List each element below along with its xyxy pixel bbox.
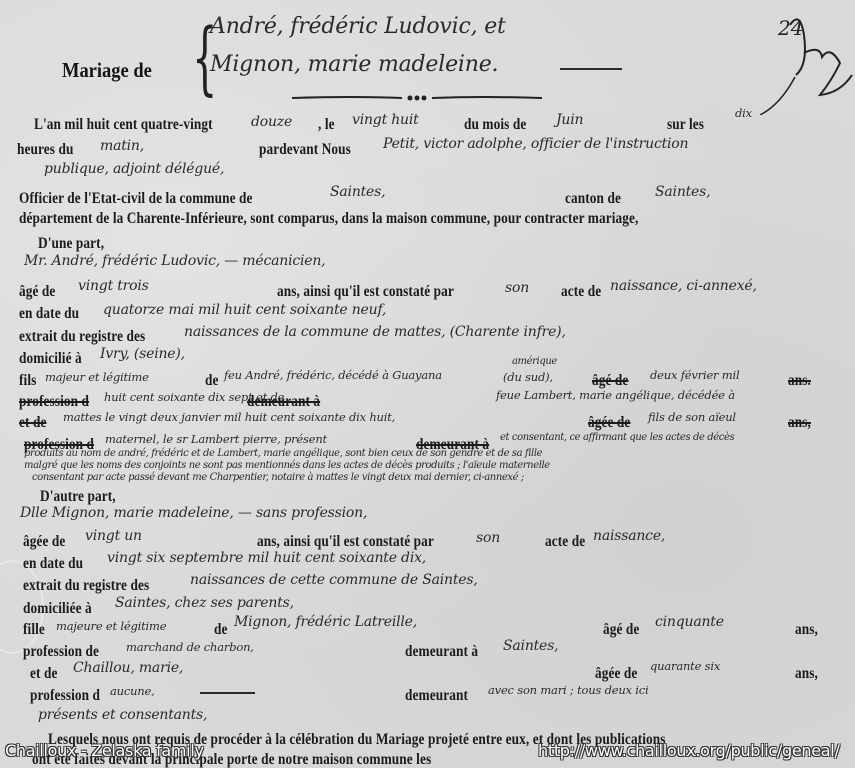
- preamble-hour-value: dix: [735, 106, 752, 120]
- preamble-year-value: douze: [251, 114, 292, 130]
- bride-mother-label: et de: [30, 665, 57, 683]
- bride-register-value: naissances de cette commune de Saintes,: [190, 572, 478, 588]
- preamble-officer-value: Petit, victor adolphe, officier de l'ins…: [383, 136, 688, 152]
- groom-mother-label: et de: [19, 414, 46, 432]
- groom-age-label: âgé de: [19, 283, 55, 301]
- groom-section-label: D'une part,: [38, 235, 104, 253]
- groom-father-value: feu André, frédéric, décédé à Guayana: [224, 368, 442, 382]
- groom-register-value: naissances de la commune de mattes, (Cha…: [184, 324, 566, 340]
- bride-domicile-label: domiciliée à: [23, 600, 92, 618]
- groom-domicile-label: domicilié à: [19, 350, 82, 368]
- bride-date-value: vingt six septembre mil huit cent soixan…: [107, 550, 426, 566]
- bride-mother-ans: ans,: [795, 665, 818, 683]
- bride-father-label: de: [214, 621, 228, 639]
- preamble-day-label: , le: [318, 116, 335, 134]
- groom-register-label: extrait du registre des: [19, 328, 145, 346]
- bride-daughter-label: fille: [23, 621, 45, 639]
- groom-mother-age-label: âgée de: [588, 414, 630, 432]
- groom-date-value: quatorze mai mil huit cent soixante neuf…: [103, 302, 386, 318]
- bride-mother-residence-value: avec son mari ; tous deux ici: [488, 683, 648, 697]
- groom-name: Mr. André, frédéric Ludovic, — mécanicie…: [24, 253, 325, 269]
- bride-act-type-value: naissance,: [593, 528, 665, 544]
- groom-age-value: vingt trois: [78, 278, 149, 294]
- bride-father-residence-value: Saintes,: [503, 638, 558, 654]
- bride-mother-age-value: quarante six: [650, 659, 720, 673]
- bride-mother-age-label: âgée de: [595, 665, 637, 683]
- bride-father-residence-label: demeurant à: [405, 643, 478, 661]
- groom-act-label: ans, ainsi qu'il est constaté par: [277, 283, 454, 301]
- bride-age-label: âgée de: [23, 533, 65, 551]
- ornament-rule: [292, 95, 542, 101]
- groom-marginal-note-1: produits au nom de andré, frédéric et de…: [24, 448, 542, 459]
- preamble-hour-label: sur les: [667, 116, 704, 134]
- groom-act-type-label: acte de: [561, 283, 601, 301]
- groom-act-possessive: son: [505, 280, 529, 296]
- groom-father-label: de: [205, 372, 219, 390]
- groom-mother-ans: ans,: [788, 414, 811, 432]
- record-title: Mariage de: [62, 58, 152, 83]
- groom-father-place: (du sud),: [503, 370, 553, 384]
- preamble-month-value: Juin: [556, 112, 583, 128]
- preamble-officer-label: pardevant Nous: [259, 141, 351, 159]
- margin-signature: 24: [760, 5, 855, 115]
- bride-father-profession-value: marchand de charbon,: [126, 640, 254, 654]
- groom-father-age-value: deux février mil: [650, 368, 739, 382]
- bride-father-ans: ans,: [795, 621, 818, 639]
- groom-date-label: en date du: [19, 305, 79, 323]
- preamble-year-label: L'an mil huit cent quatre-vingt: [34, 116, 213, 134]
- groom-act-type-value: naissance, ci-annexé,: [610, 278, 757, 294]
- canton-label: canton de: [565, 190, 621, 208]
- preamble-period-label: heures du: [17, 141, 73, 159]
- groom-father-residence-label: demeurant à: [247, 393, 320, 411]
- bride-domicile-value: Saintes, chez ses parents,: [115, 595, 294, 611]
- spouse-groom-name: André, frédéric Ludovic, et: [210, 14, 506, 39]
- groom-marginal-note-2: malgré que les noms des conjoints ne son…: [24, 460, 550, 471]
- filler-dash: [200, 692, 255, 694]
- bride-daughter-status: majeure et légitime: [56, 619, 166, 633]
- groom-son-label: fils: [19, 372, 36, 390]
- bride-mother-residence-label: demeurant: [405, 687, 468, 705]
- preamble-month-label: du mois de: [464, 116, 526, 134]
- watermark-url: http://www.chailloux.org/public/geneal/: [538, 741, 840, 760]
- groom-father-profession-label: profession d: [19, 393, 89, 411]
- bride-act-type-label: acte de: [545, 533, 585, 551]
- groom-father-residence-value: feue Lambert, marie angélique, décédée à: [496, 388, 735, 402]
- groom-father-place-insert: amérique: [512, 356, 557, 367]
- spouse-bride-name: Mignon, marie madeleine.: [210, 52, 498, 77]
- bride-mother-profession-label: profession d: [30, 687, 100, 705]
- watermark-family: Chailloux - Zelaska family: [5, 741, 204, 760]
- consent-statement: présents et consentants,: [38, 707, 207, 723]
- bride-date-label: en date du: [23, 555, 83, 573]
- bride-mother-value: Chaillou, marie,: [73, 660, 183, 676]
- bride-act-possessive-value: son: [476, 530, 500, 546]
- preamble-day-value: vingt huit: [352, 112, 419, 128]
- bride-name: Dlle Mignon, marie madeleine, — sans pro…: [20, 505, 367, 521]
- canton-value: Saintes,: [655, 184, 710, 200]
- groom-son-status: majeur et légitime: [45, 370, 149, 384]
- bride-act-label: ans, ainsi qu'il est constaté par: [257, 533, 434, 551]
- groom-mother-age-value: fils de son aïeul: [648, 410, 736, 424]
- groom-marginal-note-3: consentant par acte passé devant me Char…: [32, 472, 524, 483]
- preamble-officer-title: publique, adjoint délégué,: [44, 161, 224, 177]
- groom-mother-residence-value: et consentant, ce affirmant que les acte…: [500, 432, 734, 443]
- bride-mother-profession-value: aucune,: [110, 684, 155, 698]
- bride-father-age-label: âgé de: [603, 621, 639, 639]
- groom-mother-value: mattes le vingt deux janvier mil huit ce…: [63, 410, 395, 424]
- civil-register-page: Mariage de { André, frédéric Ludovic, et…: [0, 0, 855, 768]
- bride-register-label: extrait du registre des: [23, 577, 149, 595]
- groom-mother-profession-value: maternel, le sr Lambert pierre, présent: [105, 432, 327, 446]
- filler-dash: [560, 68, 622, 70]
- groom-domicile-value: Ivry, (seine),: [100, 346, 185, 362]
- groom-father-ans: ans.: [788, 372, 811, 390]
- bride-father-value: Mignon, frédéric Latreille,: [234, 614, 417, 630]
- commune-label: Officier de l'Etat-civil de la commune d…: [19, 190, 253, 208]
- bride-section-label: D'autre part,: [40, 488, 116, 506]
- bride-father-age-value: cinquante: [655, 614, 724, 630]
- bride-age-value: vingt un: [85, 528, 142, 544]
- preamble-period-value: matin,: [100, 138, 144, 154]
- department-line: département de la Charente-Inférieure, s…: [19, 210, 638, 228]
- commune-value: Saintes,: [330, 184, 385, 200]
- bride-father-profession-label: profession de: [23, 643, 99, 661]
